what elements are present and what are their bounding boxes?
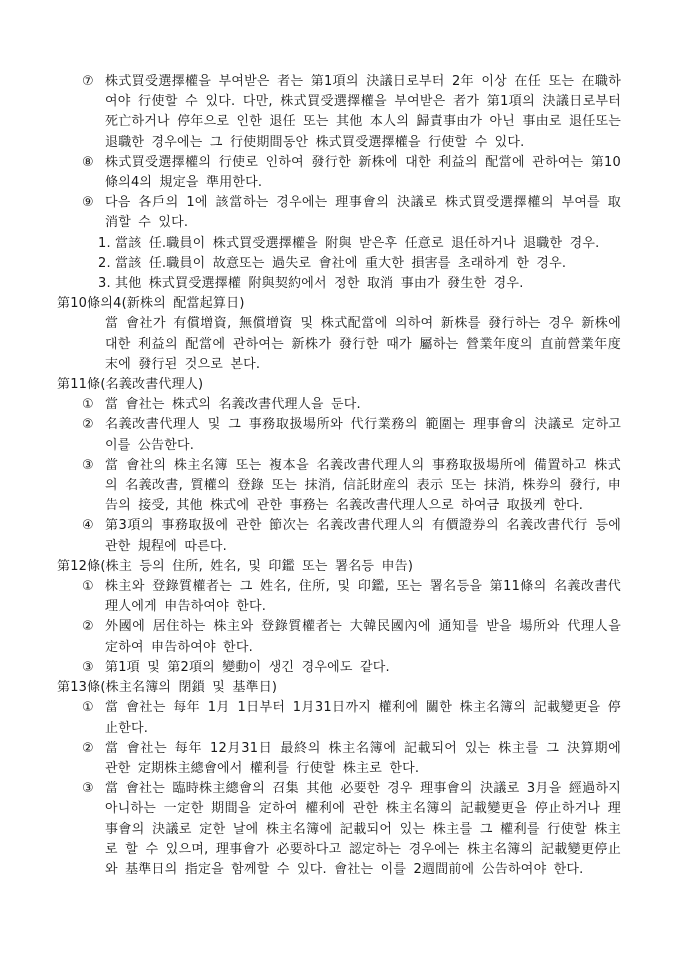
clause-item-8: ⑧ 株式買受選擇權의 行使로 인하여 發行한 新株에 대한 利益의 配當에 관하…: [82, 153, 621, 193]
clause-text: 다음 各戶의 1에 該當하는 경우에는 理事會의 決議로 株式買受選擇權의 부여…: [105, 195, 621, 230]
article-13-item-2: ② 當 會社는 每年 12月31日 最終의 株主名簿에 記載되어 있는 株主를 …: [82, 739, 621, 779]
article-12-item-1: ① 株主와 登錄質權者는 그 姓名, 住所, 및 印鑑, 또는 署名등을 第11…: [82, 577, 621, 617]
clause-text: 株式買受選擇權의 行使로 인하여 發行한 新株에 대한 利益의 配當에 관하여는…: [105, 155, 621, 190]
clause-text: 株式買受選擇權을 부여받은 者는 第1項의 決議日로부터 2年 이상 在任 또는…: [105, 74, 621, 150]
article-13-item-3: ③ 當 會社는 臨時株主總會의 召集 其他 必要한 경우 理事會의 決議로 3月…: [82, 779, 621, 880]
clause-marker: ②: [82, 739, 94, 759]
article-13-heading: 第13條(株主名簿의 閉鎖 및 基準日): [57, 678, 621, 698]
subclause-text: 其他 株式買受選擇權 附與契約에서 정한 取消 事由가 發生한 경우.: [115, 276, 524, 291]
article-11-item-1: ① 當 會社는 株式의 名義改書代理人을 둔다.: [82, 395, 621, 415]
contract-document-page: ⑦ 株式買受選擇權을 부여받은 者는 第1項의 決議日로부터 2年 이상 在任 …: [0, 0, 680, 962]
subclause-marker: 1.: [98, 234, 111, 254]
clause-marker: ①: [82, 698, 94, 718]
clause-text: 當 會社는 株式의 名義改書代理人을 둔다.: [105, 397, 361, 412]
article-10-4-heading: 第10條의4(新株의 配當起算日): [57, 294, 621, 314]
clause-marker: ⑧: [82, 153, 94, 173]
clause-item-7: ⑦ 株式買受選擇權을 부여받은 者는 第1項의 決議日로부터 2年 이상 在任 …: [82, 72, 621, 153]
clause-marker: ①: [82, 577, 94, 597]
clause-marker: ⑦: [82, 72, 94, 92]
clause-marker: ①: [82, 395, 94, 415]
article-12-item-2: ② 外國에 居住하는 株主와 登錄質權者는 大韓民國內에 通知를 받을 場所와 …: [82, 617, 621, 657]
subclause-text: 當該 任.職員이 株式買受選擇權을 附與 받은후 任意로 退任하거나 退職한 경…: [115, 236, 599, 251]
article-heading-text: 第10條의4(新株의 配當起算日): [57, 296, 245, 311]
clause-text: 當 會社의 株主名簿 또는 複本을 名義改書代理人의 事務取扱場所에 備置하고 …: [105, 458, 621, 513]
article-body-text: 當 會社가 有償增資, 無償增資 및 株式配當에 의하여 新株를 發行하는 경우…: [105, 316, 621, 371]
subclause-marker: 3.: [98, 274, 111, 294]
article-13-item-1: ① 當 會社는 每年 1月 1日부터 1月31日까지 權利에 關한 株主名簿의 …: [82, 698, 621, 738]
article-11-item-3: ③ 當 會社의 株主名簿 또는 複本을 名義改書代理人의 事務取扱場所에 備置하…: [82, 456, 621, 517]
article-12-heading: 第12條(株主 등의 住所, 姓名, 및 印鑑 또는 署名등 申告): [57, 557, 621, 577]
clause-text: 第1項 및 第2項의 變動이 생긴 경우에도 같다.: [105, 660, 390, 675]
clause-marker: ③: [82, 658, 94, 678]
clause-text: 當 會社는 臨時株主總會의 召集 其他 必要한 경우 理事會의 決議로 3月을 …: [105, 781, 621, 877]
clause-marker: ②: [82, 617, 94, 637]
subclause-marker: 2.: [98, 254, 111, 274]
clause-marker: ③: [82, 456, 94, 476]
clause-text: 株主와 登錄質權者는 그 姓名, 住所, 및 印鑑, 또는 署名등을 第11條의…: [105, 579, 621, 614]
clause-text: 名義改書代理人 및 그 事務取扱場所와 代行業務의 範圍는 理事會의 決議로 定…: [105, 417, 621, 452]
article-heading-text: 第12條(株主 등의 住所, 姓名, 및 印鑑 또는 署名등 申告): [57, 559, 413, 574]
article-11-item-2: ② 名義改書代理人 및 그 事務取扱場所와 代行業務의 範圍는 理事會의 決議로…: [82, 415, 621, 455]
clause-text: 當 會社는 每年 12月31日 最終의 株主名簿에 記載되어 있는 株主를 그 …: [105, 741, 621, 776]
clause-marker: ⑨: [82, 193, 94, 213]
article-heading-text: 第11條(名義改書代理人): [57, 377, 203, 392]
subclause-9-3: 3. 其他 株式買受選擇權 附與契約에서 정한 取消 事由가 發生한 경우.: [98, 274, 621, 294]
article-heading-text: 第13條(株主名簿의 閉鎖 및 基準日): [57, 680, 277, 695]
article-12-item-3: ③ 第1項 및 第2項의 變動이 생긴 경우에도 같다.: [82, 658, 621, 678]
article-11-item-4: ④ 第3項의 事務取扱에 관한 節次는 名義改書代理人의 有價證券의 名義改書代…: [82, 516, 621, 556]
clause-text: 當 會社는 每年 1月 1日부터 1月31日까지 權利에 關한 株主名簿의 記載…: [105, 700, 621, 735]
clause-text: 第3項의 事務取扱에 관한 節次는 名義改書代理人의 有價證券의 名義改書代行 …: [105, 518, 621, 553]
subclause-9-2: 2. 當該 任.職員이 故意또는 過失로 會社에 重大한 損害를 초래하게 한 …: [98, 254, 621, 274]
article-10-4-body: 當 會社가 有償增資, 無償增資 및 株式配當에 의하여 新株를 發行하는 경우…: [82, 314, 621, 375]
clause-text: 外國에 居住하는 株主와 登錄質權者는 大韓民國內에 通知를 받을 場所와 代理…: [105, 619, 621, 654]
subclause-text: 當該 任.職員이 故意또는 過失로 會社에 重大한 損害를 초래하게 한 경우.: [115, 256, 566, 271]
clause-marker: ②: [82, 415, 94, 435]
subclause-9-1: 1. 當該 任.職員이 株式買受選擇權을 附與 받은후 任意로 退任하거나 退職…: [98, 234, 621, 254]
clause-item-9: ⑨ 다음 各戶의 1에 該當하는 경우에는 理事會의 決議로 株式買受選擇權의 …: [82, 193, 621, 233]
clause-marker: ③: [82, 779, 94, 799]
clause-marker: ④: [82, 516, 94, 536]
article-11-heading: 第11條(名義改書代理人): [57, 375, 621, 395]
